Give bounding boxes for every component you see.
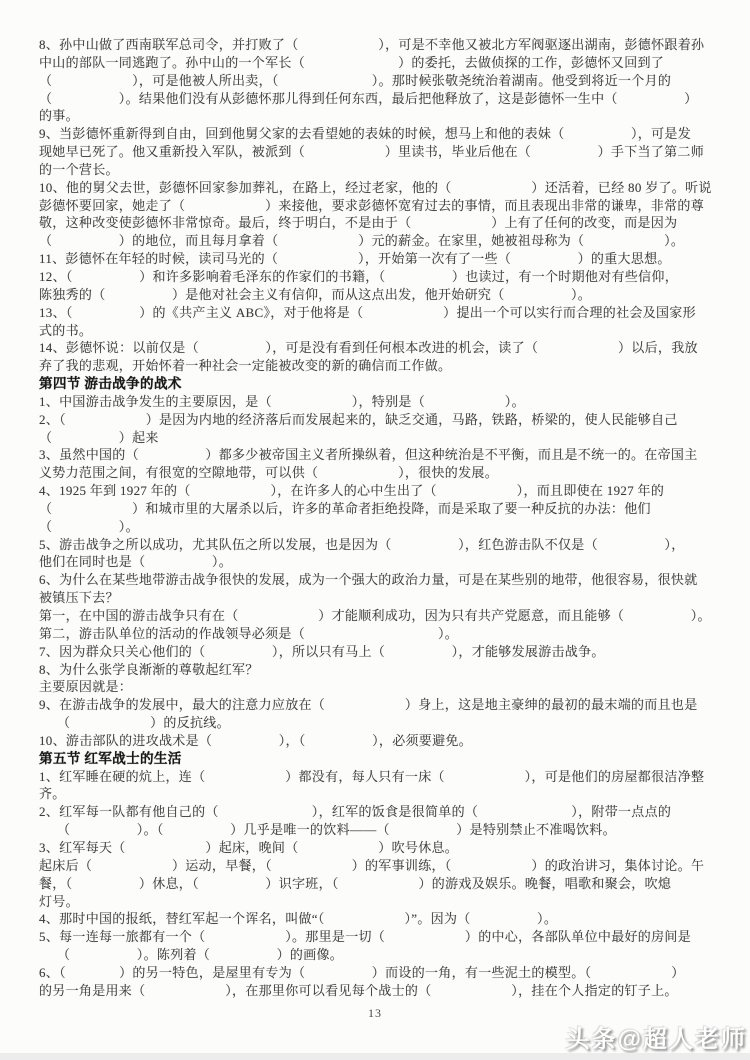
doc-line: （ ）起来 bbox=[39, 429, 717, 447]
doc-line: 4、那时中国的报纸，替红军起一个诨名，叫做“（ ）”。因为（ ）。 bbox=[39, 910, 717, 928]
doc-line: 13、（ ）的《共产主义 ABC》，对于他将是（ ）提出一个可以实行而合理的社会… bbox=[39, 304, 717, 322]
doc-line: 义势力范围之间，有很宽的空隙地带，可以供（ ），很快的发展。 bbox=[39, 464, 717, 482]
doc-line: 2、（ ）是因为内地的经济落后而发展起来的，缺乏交通，马路，铁路，桥梁的，使人民… bbox=[39, 411, 717, 429]
doc-line: 式的书。 bbox=[39, 322, 717, 340]
doc-line: 6、（ ）的另一特色，是屋里有专为（ ）而设的一角，有一些泥土的模型。（ ） bbox=[39, 964, 717, 982]
doc-line: （ ）和城市里的大屠杀以后，许多的革命者拒绝投降，而是采取了要一种反抗的办法：他… bbox=[39, 500, 717, 518]
doc-line: 敬，这种改变使彭德怀非常惊奇。最后，终于明白，不是由于（ ）上有了任何的改变，而… bbox=[39, 214, 717, 232]
doc-line: 灯号。 bbox=[39, 893, 717, 911]
section-header-5: 第五节 红军战士的生活 bbox=[39, 750, 717, 768]
doc-line: （ ），可是他被人所出卖，（ ）。那时候张敬尧统治着湖南。他受到将近一个月的 bbox=[39, 72, 717, 90]
doc-line: （ ）的地位，而且每月拿着（ ）元的薪金。在家里，她被祖母称为（ ）。 bbox=[39, 232, 717, 250]
doc-line: 的另一角是用来（ ），在那里你可以看见每个战士的（ ），挂在个人指定的钉子上。 bbox=[39, 982, 717, 1000]
document-body: 8、孙中山做了西南联军总司令，并打败了（ ），可是不幸他又被北方军阀驱逐出湖南，… bbox=[39, 36, 717, 1000]
doc-line: 10、他的舅父去世，彭德怀回家参加葬礼，在路上，经过老家，他的（ ）还活着，已经… bbox=[39, 179, 717, 197]
scan-edge-strip bbox=[0, 1053, 750, 1060]
doc-line: （ ）。 bbox=[39, 518, 717, 536]
doc-line: （ ）。结果他们没有从彭德怀那儿得到任何东西，最后把他释放了，这是彭德怀一生中（… bbox=[39, 90, 717, 108]
doc-line: 中山的部队一同逃跑了。孙中山的一个军长（ ）的委托，去做侦探的工作，彭德怀又回到… bbox=[39, 54, 717, 72]
doc-line: 第二，游击队单位的活动的作战领导必须是（ ）。 bbox=[39, 625, 717, 643]
doc-line: 4、1925 年到 1927 年的（ ），在许多人的心中生出了（ ），而且即使在… bbox=[39, 482, 717, 500]
doc-line: 起床后（ ）运动，早餐，（ ）的军事训练，（ ）的政治讲习，集体讨论。午 bbox=[39, 857, 717, 875]
doc-line: （ ）。（ ）几乎是唯一的饮料——（ ）是特别禁止不准喝饮料。 bbox=[39, 821, 717, 839]
doc-line: 弃了我的悲观，开始怀着一种社会一定能被改变的新的确信而工作做。 bbox=[39, 357, 717, 375]
doc-line: 1、中国游击战争发生的主要原因，是（ ），特别是（ ）。 bbox=[39, 393, 717, 411]
doc-line: （ ）。陈列着（ ）的画像。 bbox=[39, 946, 717, 964]
doc-line: 5、每一连每一旅都有一个（ ）。那里是一切（ ）的中心，各部队单位中最好的房间是 bbox=[39, 928, 717, 946]
doc-line: 3、红军每天（ ）起床，晚间（ ）吹号休息。 bbox=[39, 839, 717, 857]
doc-line: 主要原因就是： bbox=[39, 678, 717, 696]
doc-line: 8、孙中山做了西南联军总司令，并打败了（ ），可是不幸他又被北方军阀驱逐出湖南，… bbox=[39, 36, 717, 54]
doc-line: 被镇压下去？ bbox=[39, 589, 717, 607]
doc-line: 9、当彭德怀重新得到自由，回到他舅父家的去看望她的表妹的时候，想马上和他的表妹（… bbox=[39, 125, 717, 143]
doc-line: 的事。 bbox=[39, 107, 717, 125]
doc-line: 2、红军每一队都有他自己的（ ），红军的饭食是很简单的（ ），附带一点点的 bbox=[39, 803, 717, 821]
doc-line: 10、游击部队的进攻战术是（ ），（ ），必须要避免。 bbox=[39, 732, 717, 750]
doc-line: 彭德怀要回家，她走了（ ）来接他，要求彭德怀宽宥过去的事情，而且表现出非常的谦卑… bbox=[39, 197, 717, 215]
doc-line: 齐。 bbox=[39, 785, 717, 803]
doc-line: 14、彭德怀说：以前仅是（ ），可是没有看到任何根本改进的机会，读了（ ）以后，… bbox=[39, 339, 717, 357]
doc-line: 7、因为群众只关心他们的（ ），所以只有马上（ ），才能够发展游击战争。 bbox=[39, 643, 717, 661]
doc-line: 他们在同时也是（ ）。 bbox=[39, 553, 717, 571]
doc-line: 5、游击战争之所以成功，尤其队伍之所以发展，也是因为（ ），红色游击队不仅是（ … bbox=[39, 536, 717, 554]
doc-line: 第一，在中国的游击战争只有在（ ）才能顺利成功，因为只有共产党愿意，而且能够（ … bbox=[39, 607, 717, 625]
doc-line: 餐，（ ）休息，（ ）识字班，（ ）的游戏及娱乐。晚餐，唱歌和聚会，吹熄 bbox=[39, 875, 717, 893]
doc-line: 12、（ ）和许多影响着毛泽东的作家们的书籍，（ ）也读过，有一个时期他对有些信… bbox=[39, 268, 717, 286]
doc-line: 11、彭德怀在年轻的时候，读司马光的（ ），开始第一次有了一些（ ）的重大思想。 bbox=[39, 250, 717, 268]
doc-line: 8、为什么张学良渐渐的尊敬起红军？ bbox=[39, 661, 717, 679]
section-header-4: 第四节 游击战争的战术 bbox=[39, 375, 717, 393]
doc-line: 9、在游击战争的发展中，最大的注意力应放在（ ）身上，这是地主豪绅的最初的最末端… bbox=[39, 696, 717, 714]
doc-line: （ ）的反抗线。 bbox=[39, 714, 717, 732]
watermark: 头条@超人老师 bbox=[566, 1019, 747, 1054]
doc-line: 3、虽然中国的（ ）都多少被帝国主义者所操纵着，但这种统治是不平衡，而且是不统一… bbox=[39, 446, 717, 464]
doc-line: 陈独秀的（ ）是他对社会主义有信仰，而从这点出发，他开始研究（ ）。 bbox=[39, 286, 717, 304]
doc-line: 的一个营长。 bbox=[39, 161, 717, 179]
doc-line: 1、红军睡在硬的炕上，连（ ）都没有，每人只有一床（ ），可是他们的房屋都很洁净… bbox=[39, 768, 717, 786]
doc-line: 现她早已死了。他又重新投入军队，被派到（ ）里读书，毕业后他在（ ）手下当了第二… bbox=[39, 143, 717, 161]
doc-line: 6、为什么在某些地带游击战争很快的发展，成为一个强大的政治力量，可是在某些别的地… bbox=[39, 571, 717, 589]
